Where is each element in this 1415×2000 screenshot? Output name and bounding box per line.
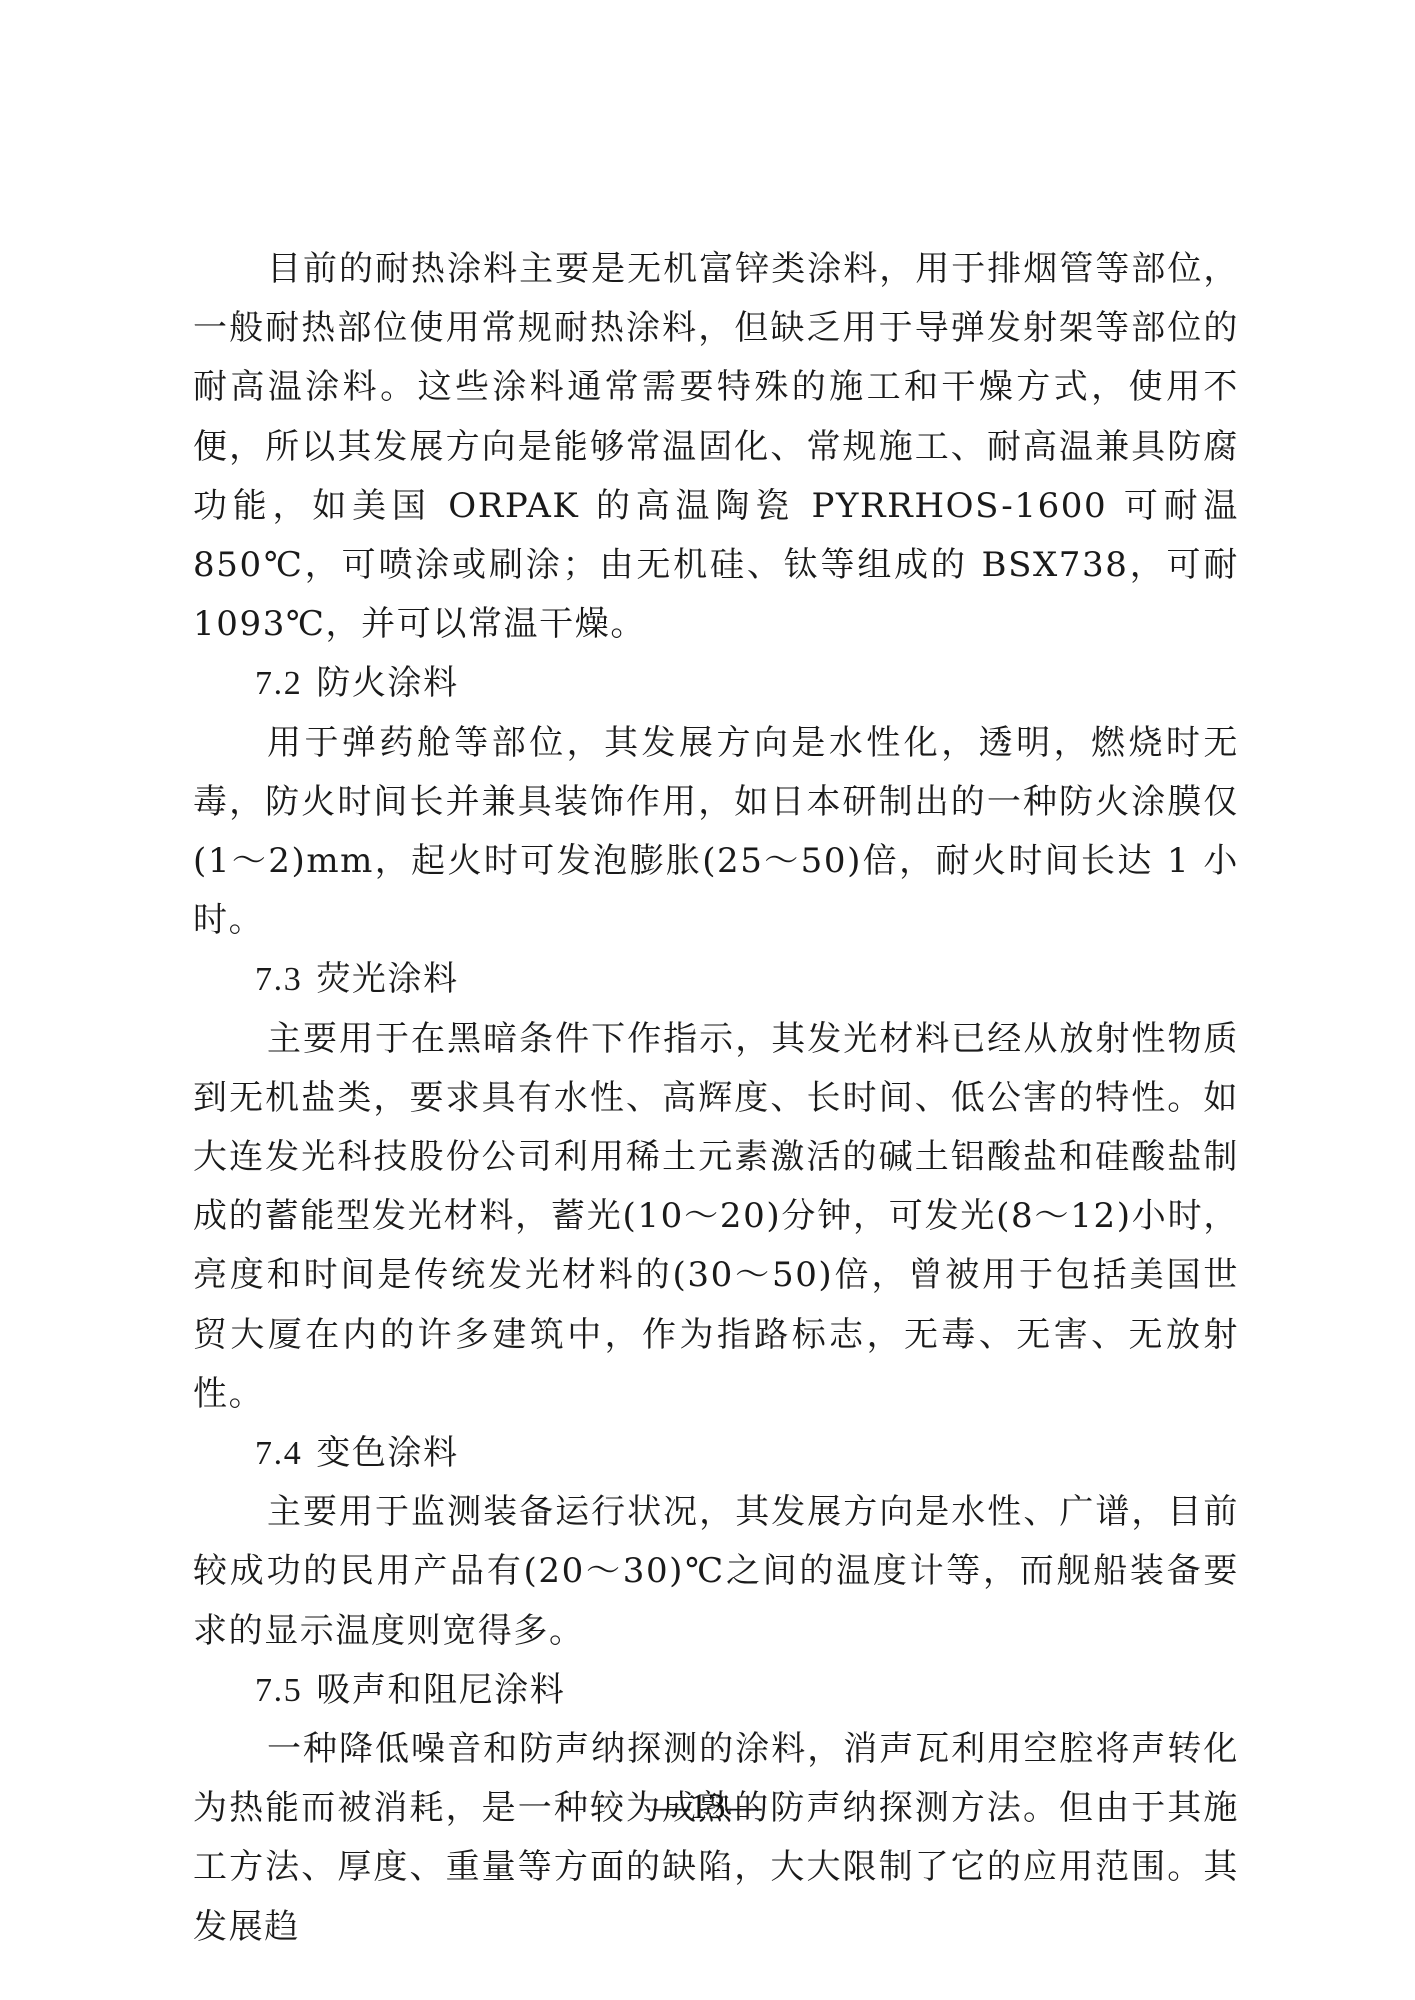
paragraph-fireproof-coatings: 用于弹药舱等部位，其发展方向是水性化，透明，燃烧时无毒，防火时间长并兼具装饰作用… bbox=[193, 714, 1239, 951]
section-heading-7-5: 7.5吸声和阻尼涂料 bbox=[193, 1661, 1239, 1720]
section-title: 吸声和阻尼涂料 bbox=[316, 1670, 565, 1710]
section-number: 7.2 bbox=[255, 665, 302, 702]
paragraph-fluorescent-coatings: 主要用于在黑暗条件下作指示，其发光材料已经从放射性物质到无机盐类，要求具有水性、… bbox=[193, 1010, 1239, 1424]
section-number: 7.4 bbox=[255, 1435, 302, 1472]
section-title: 荧光涂料 bbox=[316, 959, 458, 999]
section-heading-7-3: 7.3荧光涂料 bbox=[193, 950, 1239, 1009]
document-body: 目前的耐热涂料主要是无机富锌类涂料，用于排烟管等部位，一般耐热部位使用常规耐热涂… bbox=[193, 240, 1239, 1957]
section-title: 变色涂料 bbox=[316, 1433, 458, 1473]
section-number: 7.5 bbox=[255, 1672, 302, 1709]
section-heading-7-2: 7.2防火涂料 bbox=[193, 654, 1239, 713]
paragraph-sound-absorbing-coatings: 一种降低噪音和防声纳探测的涂料，消声瓦利用空腔将声转化为热能而被消耗，是一种较为… bbox=[193, 1720, 1239, 1957]
paragraph-color-changing-coatings: 主要用于监测装备运行状况，其发展方向是水性、广谱，目前较成功的民用产品有(20～… bbox=[193, 1483, 1239, 1661]
section-title: 防火涂料 bbox=[316, 663, 458, 703]
section-heading-7-4: 7.4变色涂料 bbox=[193, 1424, 1239, 1483]
paragraph-heat-resistant-coatings: 目前的耐热涂料主要是无机富锌类涂料，用于排烟管等部位，一般耐热部位使用常规耐热涂… bbox=[193, 240, 1239, 654]
section-number: 7.3 bbox=[255, 961, 302, 998]
page-number: —13— bbox=[0, 1785, 1415, 1827]
